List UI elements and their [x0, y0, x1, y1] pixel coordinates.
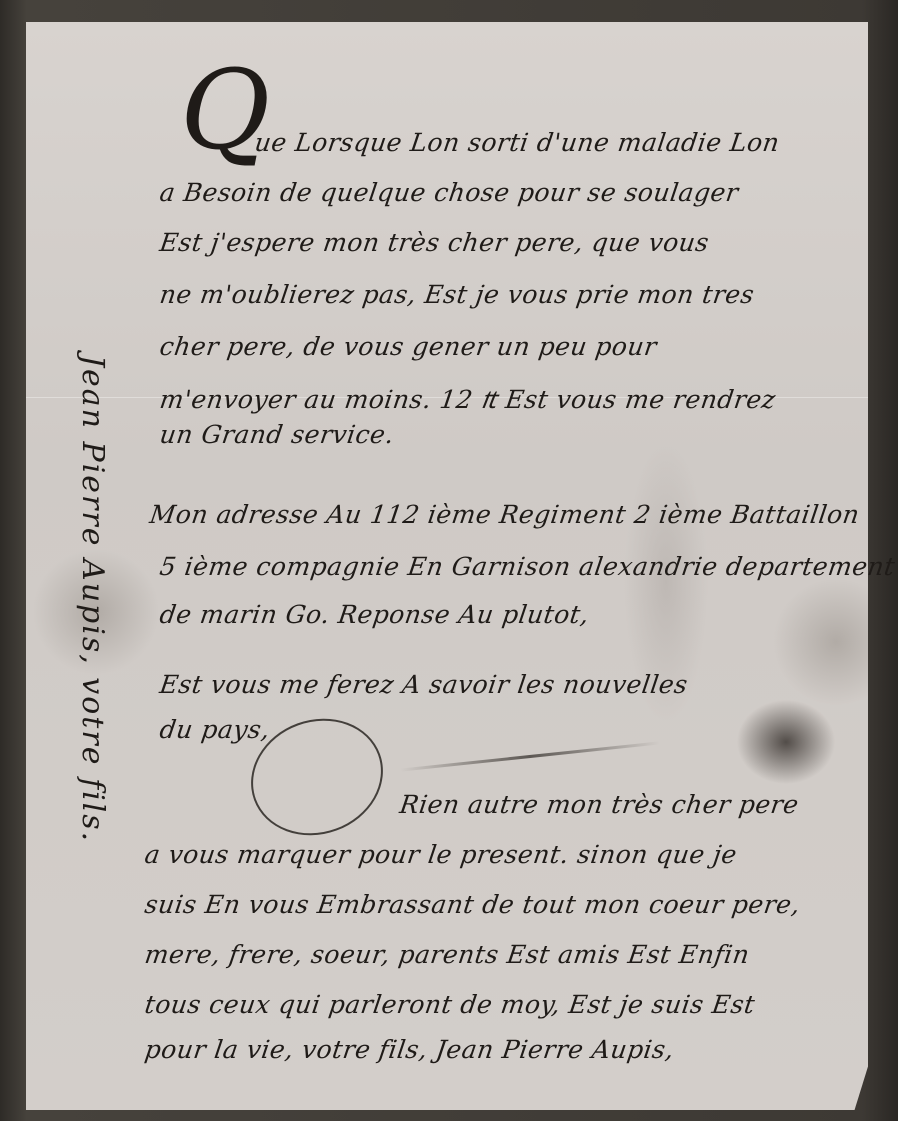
- letter-line-13: Rien autre mon très cher pere: [398, 790, 801, 819]
- letter-line-15: suis En vous Embrassant de tout mon coeu…: [143, 890, 802, 919]
- letter-line-6: m'envoyer au moins. 12 ₶ Est vous me ren…: [158, 382, 778, 416]
- letter-line-8: Mon adresse Au 112 ième Regiment 2 ième …: [148, 500, 862, 529]
- letter-line-18: pour la vie, votre fils, Jean Pierre Aup…: [143, 1035, 676, 1064]
- letter-line-9: 5 ième compagnie En Garnison alexandrie …: [158, 552, 897, 581]
- letter-line-1: ue Lorsque Lon sorti d'une maladie Lon: [253, 128, 782, 157]
- letter-line-10: de marin Go. Reponse Au plutot,: [158, 600, 591, 629]
- letter-line-14: a vous marquer pour le present. sinon qu…: [143, 840, 739, 869]
- letter-line-7: un Grand service.: [158, 420, 396, 449]
- letter-line-11: Est vous me ferez A savoir les nouvelles: [158, 670, 690, 699]
- letter-line-12: du pays,: [158, 715, 272, 744]
- letter-line-17: tous ceux qui parleront de moy, Est je s…: [143, 990, 757, 1019]
- letter-line-5: cher pere, de vous gener un peu pour: [158, 332, 659, 361]
- letter-line-4: ne m'oublierez pas, Est je vous prie mon…: [158, 280, 756, 309]
- margin-signature: Jean Pierre Aupis, votre fils.: [75, 355, 110, 975]
- letter-line-2: a Besoin de quelque chose pour se soulag…: [158, 178, 740, 207]
- letter-line-16: mere, frere, soeur, parents Est amis Est…: [143, 940, 752, 969]
- letter-line-3: Est j'espere mon très cher pere, que vou…: [158, 228, 711, 257]
